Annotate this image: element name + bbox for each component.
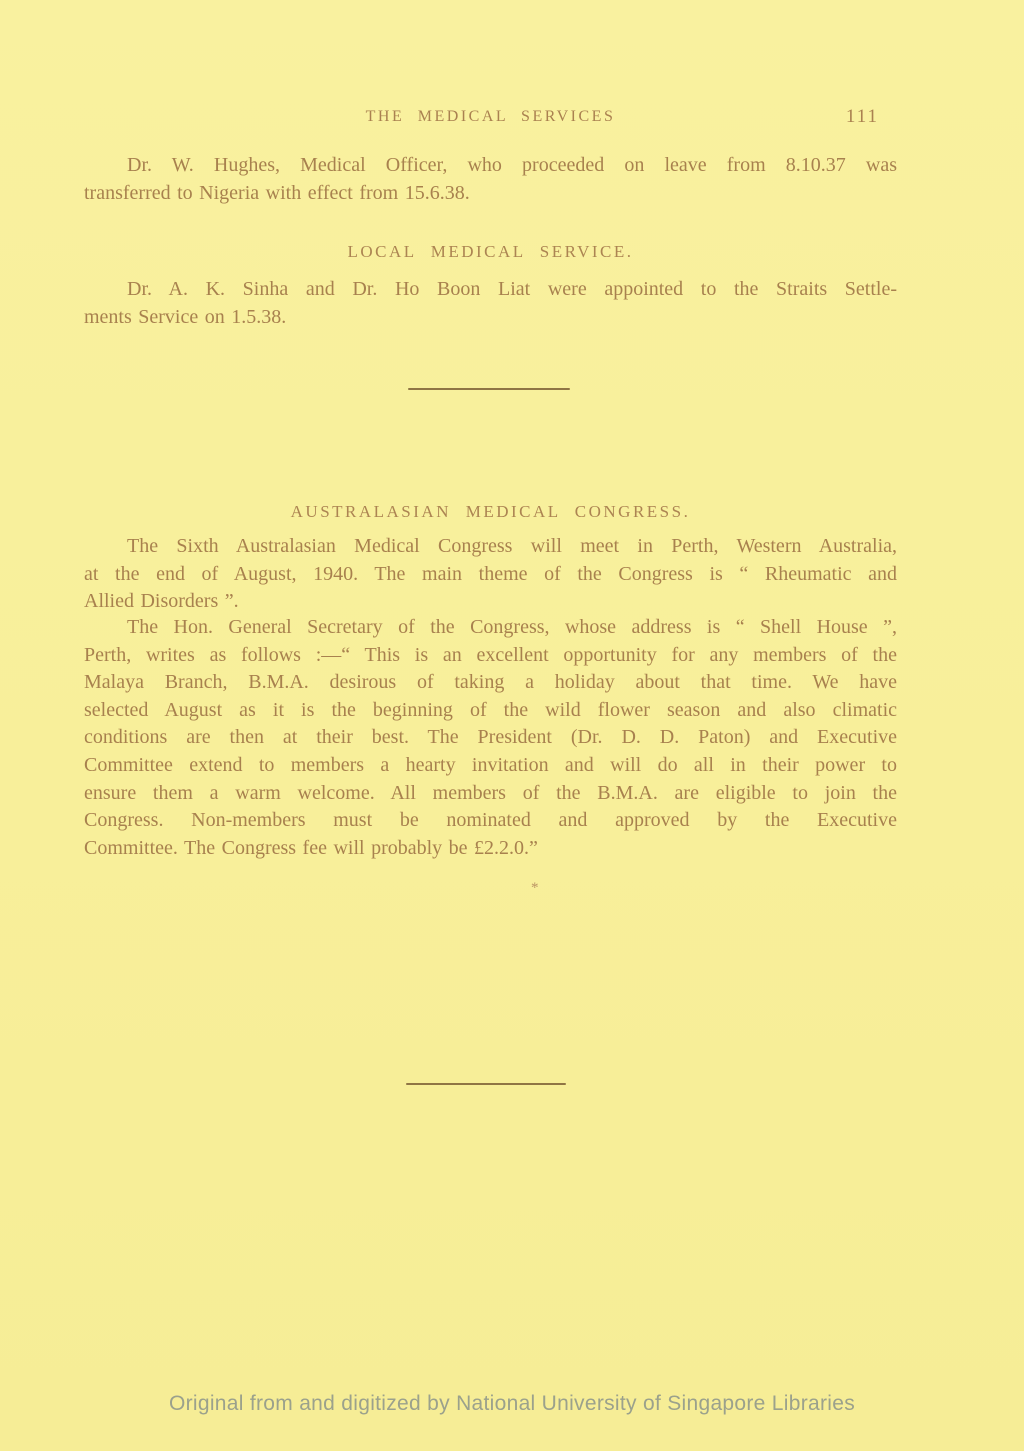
text-line: transferred to Nigeria with effect from … bbox=[84, 179, 897, 207]
text-line: Committee. The Congress fee will probabl… bbox=[84, 835, 897, 863]
text-line: The Hon. General Secretary of the Congre… bbox=[84, 614, 897, 642]
page-header: THE MEDICAL SERVICES 111 bbox=[84, 106, 897, 130]
text-line: Dr. A. K. Sinha and Dr. Ho Boon Liat wer… bbox=[84, 275, 897, 303]
text-line: The Sixth Australasian Medical Congress … bbox=[84, 533, 897, 561]
text-line: selected August as it is the beginning o… bbox=[84, 697, 897, 725]
heading-australasian-congress: AUSTRALASIAN MEDICAL CONGRESS. bbox=[84, 502, 897, 522]
text-line: Committee extend to members a hearty inv… bbox=[84, 752, 897, 780]
section-divider bbox=[408, 388, 570, 390]
scanned-page: THE MEDICAL SERVICES 111 Dr. W. Hughes, … bbox=[0, 0, 1024, 1451]
paragraph-local-service: Dr. A. K. Sinha and Dr. Ho Boon Liat wer… bbox=[84, 275, 897, 331]
text-line: Malaya Branch, B.M.A. desirous of taking… bbox=[84, 669, 897, 697]
text-line: ensure them a warm welcome. All members … bbox=[84, 780, 897, 808]
text-line: Perth, writes as follows :—“ This is an … bbox=[84, 642, 897, 670]
footnote-asterisk: * bbox=[531, 880, 539, 897]
text-line: Dr. W. Hughes, Medical Officer, who proc… bbox=[84, 151, 897, 179]
text-line: conditions are then at their best. The P… bbox=[84, 724, 897, 752]
running-title: THE MEDICAL SERVICES bbox=[84, 108, 897, 126]
text-line: at the end of August, 1940. The main the… bbox=[84, 561, 897, 589]
heading-local-medical-service: LOCAL MEDICAL SERVICE. bbox=[84, 242, 897, 262]
paragraph-hughes-transfer: Dr. W. Hughes, Medical Officer, who proc… bbox=[84, 151, 897, 207]
page-number: 111 bbox=[846, 106, 879, 128]
digitization-credit: Original from and digitized by National … bbox=[0, 1392, 1024, 1416]
section-divider bbox=[406, 1083, 566, 1085]
paragraph-congress-letter: The Hon. General Secretary of the Congre… bbox=[84, 614, 897, 862]
text-line: ments Service on 1.5.38. bbox=[84, 303, 897, 331]
text-line: Allied Disorders ”. bbox=[84, 588, 897, 616]
paragraph-congress-intro: The Sixth Australasian Medical Congress … bbox=[84, 533, 897, 616]
text-line: Congress. Non-members must be nominated … bbox=[84, 807, 897, 835]
